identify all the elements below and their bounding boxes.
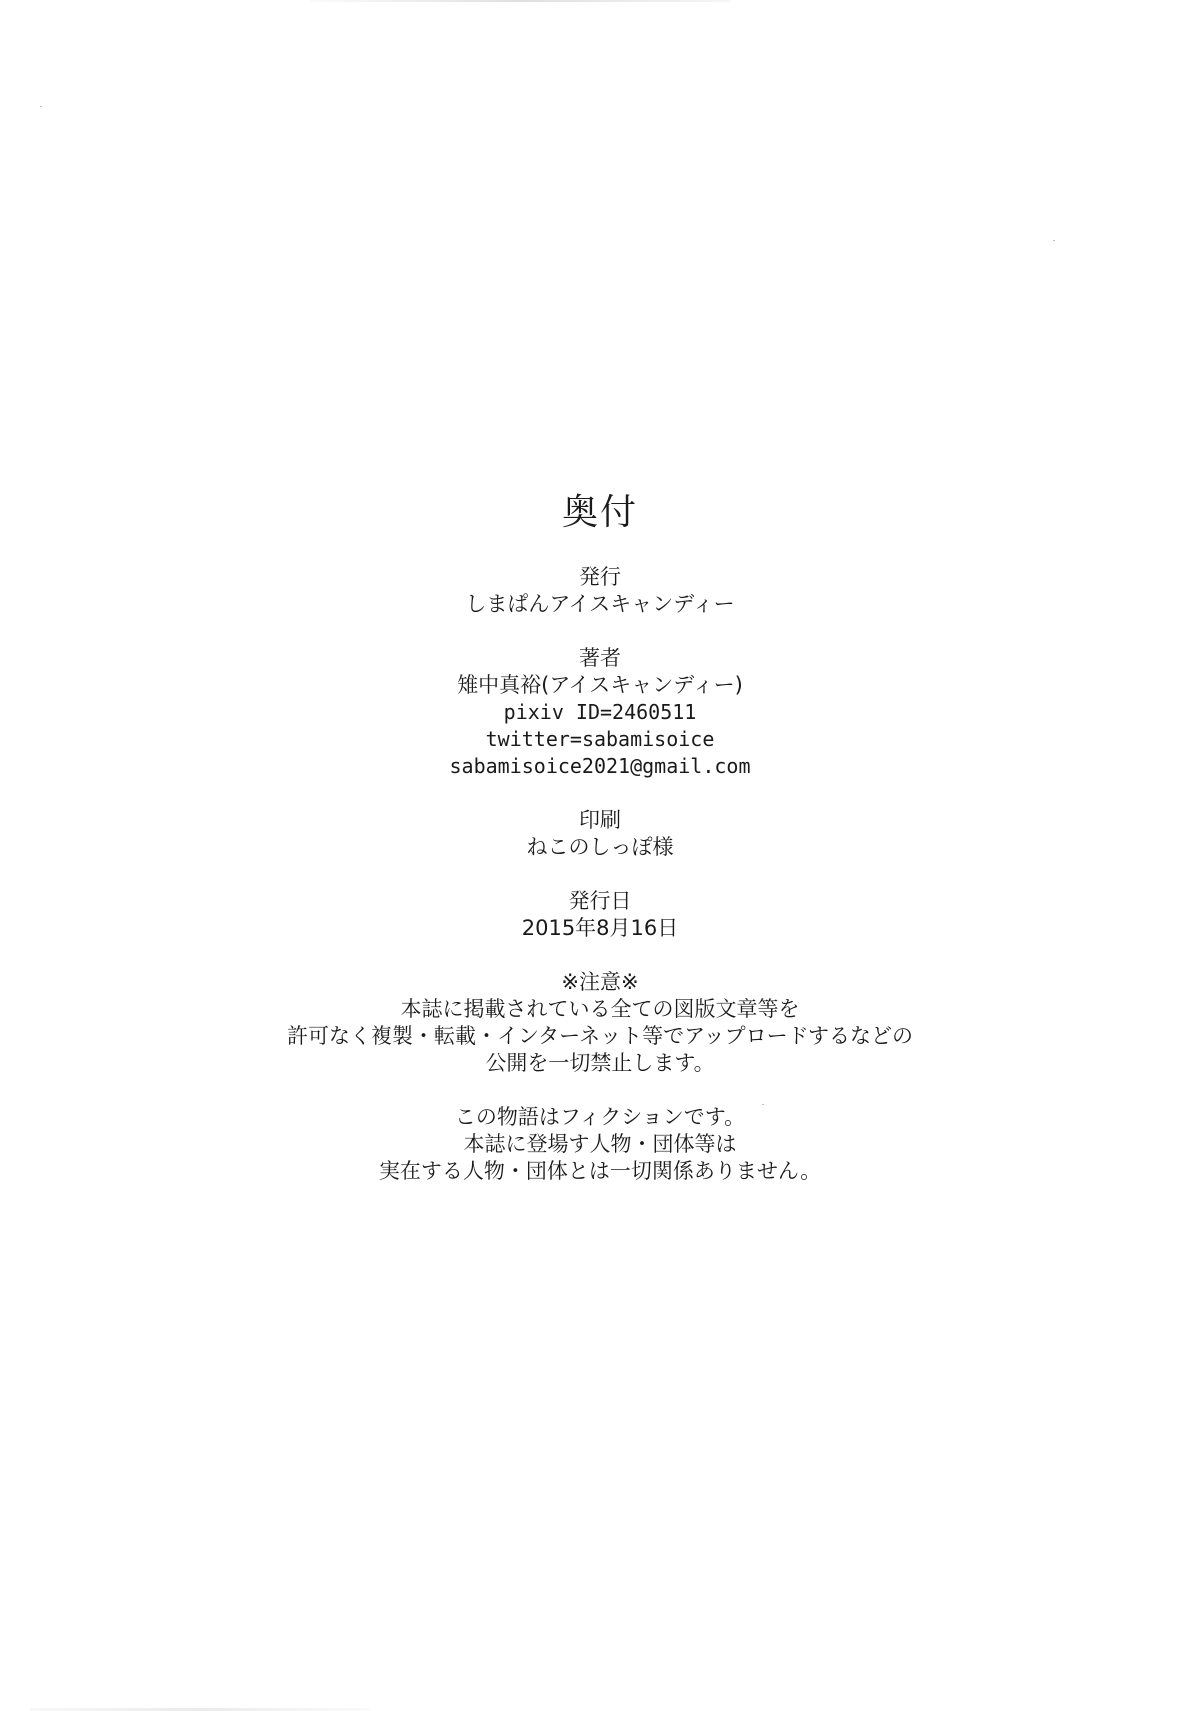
author-twitter: twitter=sabamisoice (0, 726, 1200, 753)
copyright-notice: ※注意※ 本誌に掲載されている全ての図版文章等を 許可なく複製・転載・インターネ… (0, 969, 1200, 1077)
scan-speck (762, 1104, 764, 1105)
printer-section: 印刷 ねこのしっぽ様 (0, 807, 1200, 861)
publisher-name: しまぱんアイスキャンディー (0, 591, 1200, 618)
scan-edge-top (310, 0, 730, 2)
publisher-label: 発行 (0, 564, 1200, 591)
fiction-disclaimer: この物語はフィクションです。 本誌に登場す人物・団体等は 実在する人物・団体とは… (0, 1104, 1200, 1185)
notice-line: 許可なく複製・転載・インターネット等でアップロードするなどの (0, 1023, 1200, 1050)
author-pixiv-id: pixiv ID=2460511 (0, 699, 1200, 726)
author-name: 雉中真裕(アイスキャンディー) (0, 672, 1200, 699)
colophon: 奥付 発行 しまぱんアイスキャンディー 著者 雉中真裕(アイスキャンディー) p… (0, 490, 1200, 1212)
author-label: 著者 (0, 645, 1200, 672)
fiction-line: 本誌に登場す人物・団体等は (0, 1131, 1200, 1158)
author-email: sabamisoice2021@gmail.com (0, 753, 1200, 780)
fiction-line: 実在する人物・団体とは一切関係ありません。 (0, 1158, 1200, 1185)
publish-date-section: 発行日 2015年8月16日 (0, 888, 1200, 942)
page-title: 奥付 (0, 490, 1200, 536)
notice-heading: ※注意※ (0, 969, 1200, 996)
printer-name: ねこのしっぽ様 (0, 834, 1200, 861)
printer-label: 印刷 (0, 807, 1200, 834)
fiction-line: この物語はフィクションです。 (0, 1104, 1200, 1131)
author-section: 著者 雉中真裕(アイスキャンディー) pixiv ID=2460511 twit… (0, 645, 1200, 780)
scan-speck (40, 106, 42, 107)
publish-date-label: 発行日 (0, 888, 1200, 915)
notice-line: 公開を一切禁止します。 (0, 1050, 1200, 1077)
publish-date-value: 2015年8月16日 (0, 915, 1200, 942)
notice-line: 本誌に掲載されている全ての図版文章等を (0, 996, 1200, 1023)
scan-speck (1053, 240, 1055, 241)
publisher-section: 発行 しまぱんアイスキャンディー (0, 564, 1200, 618)
